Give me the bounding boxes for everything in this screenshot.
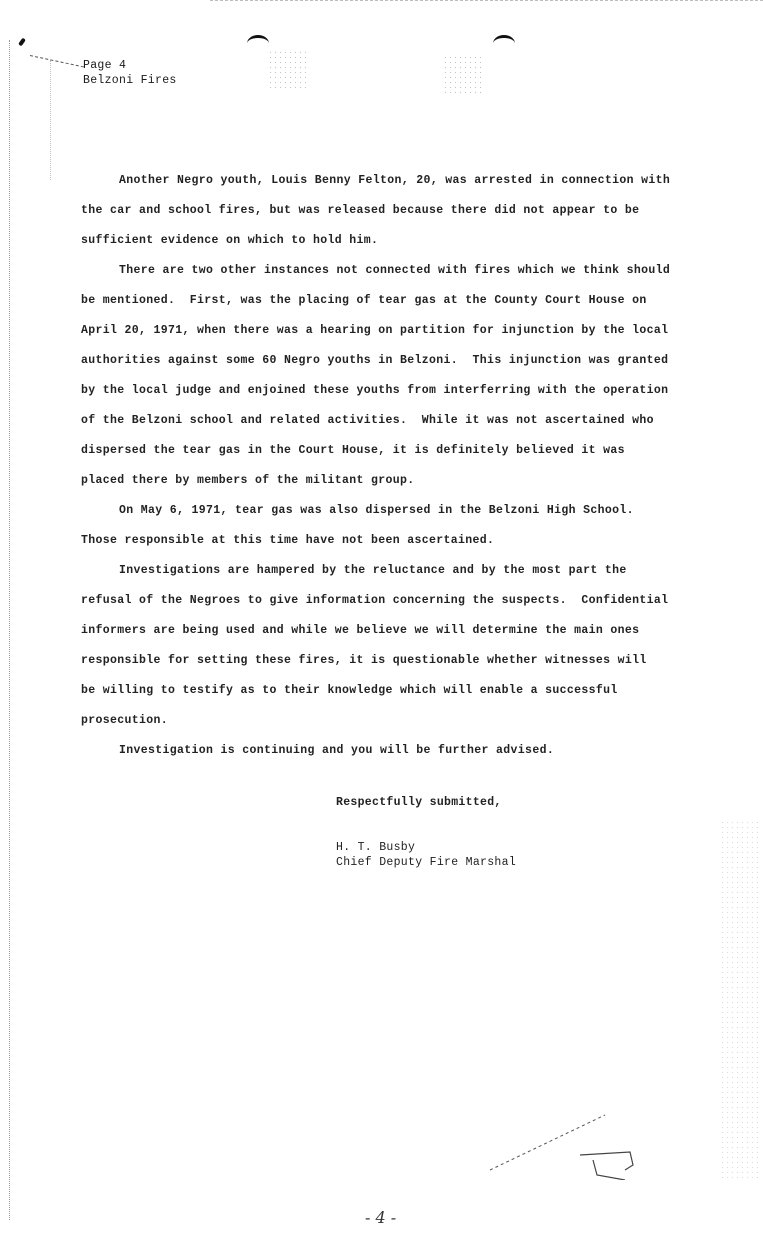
text-line: Investigation is continuing and you will… xyxy=(81,736,701,766)
scan-noise xyxy=(443,55,483,95)
closing-phrase: Respectfully submitted, xyxy=(336,795,516,810)
text-line: authorities against some 60 Negro youths… xyxy=(81,346,701,376)
text-line: Those responsible at this time have not … xyxy=(81,526,701,556)
scan-noise xyxy=(720,820,760,1180)
handwritten-mark-icon xyxy=(485,1100,635,1180)
text-line: informers are being used and while we be… xyxy=(81,616,701,646)
text-line: by the local judge and enjoined these yo… xyxy=(81,376,701,406)
page-number: - 4 - xyxy=(365,1208,396,1227)
document-subject: Belzoni Fires xyxy=(83,73,177,88)
text-line: refusal of the Negroes to give informati… xyxy=(81,586,701,616)
text-line: placed there by members of the militant … xyxy=(81,466,701,496)
text-line: responsible for setting these fires, it … xyxy=(81,646,701,676)
page-label: Page 4 xyxy=(83,58,177,73)
paragraph-tear-gas-high-school: On May 6, 1971, tear gas was also disper… xyxy=(81,496,701,556)
text-line: the car and school fires, but was releas… xyxy=(81,196,701,226)
punch-hole-left-icon xyxy=(247,35,269,52)
text-line: of the Belzoni school and related activi… xyxy=(81,406,701,436)
text-line: dispersed the tear gas in the Court Hous… xyxy=(81,436,701,466)
paragraph-tear-gas-court-house: There are two other instances not connec… xyxy=(81,256,701,496)
signer-title: Chief Deputy Fire Marshal xyxy=(336,855,516,870)
scan-margin-line-secondary xyxy=(50,60,51,180)
text-line: There are two other instances not connec… xyxy=(81,256,701,286)
text-line: be willing to testify as to their knowle… xyxy=(81,676,701,706)
text-line: prosecution. xyxy=(81,706,701,736)
scan-stroke xyxy=(30,55,84,67)
text-line: April 20, 1971, when there was a hearing… xyxy=(81,316,701,346)
signature-block: Respectfully submitted, H. T. Busby Chie… xyxy=(336,795,516,870)
text-line: Another Negro youth, Louis Benny Felton,… xyxy=(81,166,701,196)
text-line: On May 6, 1971, tear gas was also disper… xyxy=(81,496,701,526)
signer-name: H. T. Busby xyxy=(336,840,516,855)
text-line: sufficient evidence on which to hold him… xyxy=(81,226,701,256)
paragraph-felton: Another Negro youth, Louis Benny Felton,… xyxy=(81,166,701,256)
text-line: be mentioned. First, was the placing of … xyxy=(81,286,701,316)
body-text: Another Negro youth, Louis Benny Felton,… xyxy=(81,166,701,766)
punch-hole-right-icon xyxy=(493,35,515,52)
pen-mark xyxy=(18,38,26,47)
page-header: Page 4 Belzoni Fires xyxy=(83,58,177,88)
paragraph-continuing: Investigation is continuing and you will… xyxy=(81,736,701,766)
scan-noise xyxy=(268,50,308,90)
paragraph-investigations: Investigations are hampered by the reluc… xyxy=(81,556,701,736)
scan-edge-dashes xyxy=(210,0,763,2)
text-line: Investigations are hampered by the reluc… xyxy=(81,556,701,586)
document-page: Page 4 Belzoni Fires Another Negro youth… xyxy=(0,0,763,1256)
scan-margin-line xyxy=(9,40,10,1220)
